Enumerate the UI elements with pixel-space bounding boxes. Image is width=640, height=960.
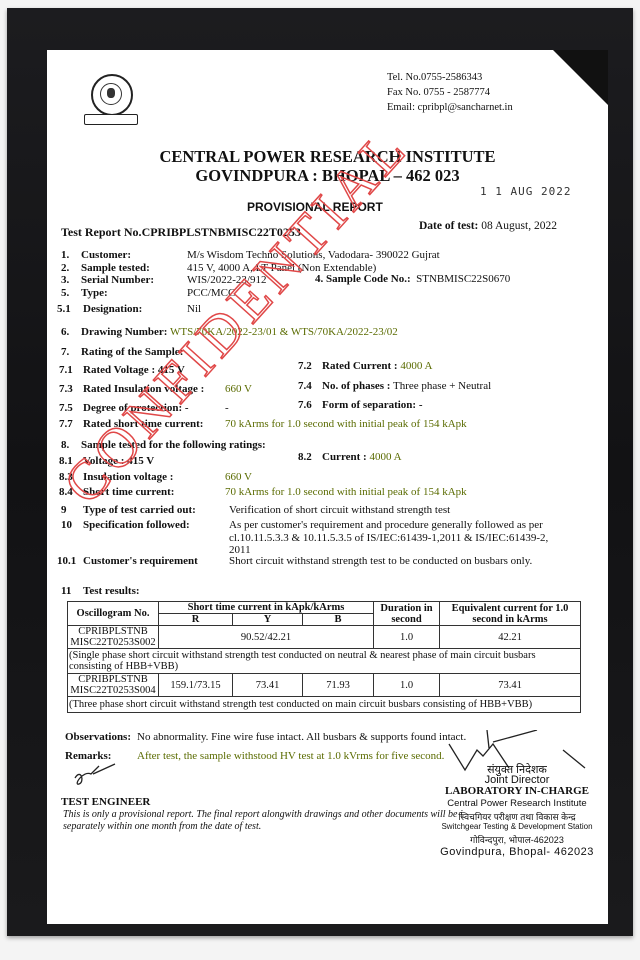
- col-short-time-current: Short time current in kApk/kArms: [159, 602, 374, 614]
- table-row: CPRIBPLSTNBMISC22T0253S004 159.1/73.15 7…: [68, 674, 581, 697]
- test-engineer-label: TEST ENGINEER: [61, 796, 150, 808]
- cpri-logo-icon: [91, 74, 133, 116]
- customer-requirement: 10.1Customer's requirementShort circuit …: [57, 555, 532, 567]
- specification-followed: 10Specification followed:As per customer…: [61, 519, 548, 557]
- institute-name: CENTRAL POWER RESEARCH INSTITUTE: [47, 147, 608, 167]
- duration-cell: 1.0: [374, 626, 440, 649]
- table-row: CPRIBPLSTNBMISC22T0253S002 90.52/42.21 1…: [68, 626, 581, 649]
- table-note-row: (Three phase short circuit withstand str…: [68, 697, 581, 713]
- disclaimer-line-2: separately within one month from the dat…: [63, 821, 261, 833]
- r-cell: 159.1/73.15: [159, 674, 233, 697]
- disclaimer-line-1: This is only a provisional report. The f…: [63, 809, 463, 821]
- equivalent-cell: 73.41: [440, 674, 581, 697]
- y-cell: 73.41: [233, 674, 303, 697]
- seal-line: Govindpura, Bhopal- 462023: [437, 846, 597, 858]
- equivalent-cell: 42.21: [440, 626, 581, 649]
- sample-code: 4. Sample Code No.: STNBMISC22S0670: [315, 273, 510, 285]
- duration-cell: 1.0: [374, 674, 440, 697]
- col-y: Y: [233, 614, 303, 626]
- picture-frame: Tel. No.0755-2586343 Fax No. 0755 - 2587…: [7, 8, 633, 936]
- col-equivalent-current: Equivalent current for 1.0 second in kAr…: [440, 602, 581, 626]
- fax-number: Fax No. 0755 - 2587774: [387, 85, 513, 100]
- lab-incharge-label: LABORATORY IN-CHARGE: [437, 785, 597, 797]
- rating-7-6: 7.6Form of separation: -: [298, 399, 423, 411]
- remarks: Remarks:After test, the sample withstood…: [65, 750, 444, 762]
- col-r: R: [159, 614, 233, 626]
- frame-corner-fold: [553, 50, 608, 105]
- test-results-table: Oscillogram No. Short time current in kA…: [67, 601, 581, 713]
- rating-7-2: 7.2Rated Current : 4000 A: [298, 360, 432, 372]
- short-time-merged-cell: 90.52/42.21: [159, 626, 374, 649]
- seal-line: गोविन्दपुरा, भोपाल-462023: [437, 833, 597, 846]
- seal-line: Central Power Research Institute: [437, 798, 597, 809]
- col-duration: Duration in second: [374, 602, 440, 626]
- rating-7-4: 7.4No. of phases : Three phase + Neutral: [298, 380, 491, 392]
- report-page: Tel. No.0755-2586343 Fax No. 0755 - 2587…: [47, 50, 608, 924]
- oscillogram-cell: CPRIBPLSTNBMISC22T0253S002: [68, 626, 159, 649]
- observations: Observations:No abnormality. Fine wire f…: [65, 731, 466, 743]
- b-cell: 71.93: [303, 674, 374, 697]
- date-of-test: Date of test: 08 August, 2022: [419, 220, 557, 232]
- received-date-stamp: 1 1 AUG 2022: [480, 185, 571, 198]
- tel-number: Tel. No.0755-2586343: [387, 70, 513, 85]
- table-header-row: Oscillogram No. Short time current in kA…: [68, 602, 581, 614]
- col-oscillogram: Oscillogram No.: [68, 602, 159, 626]
- tested-8-2: 8.2Current : 4000 A: [298, 451, 402, 463]
- test-type: 9Type of test carried out:Verification o…: [61, 504, 450, 516]
- col-b: B: [303, 614, 374, 626]
- email: Email: cpribpl@sancharnet.in: [387, 100, 513, 115]
- results-heading: 11Test results:: [61, 585, 140, 597]
- seal-line: Switchgear Testing & Development Station: [437, 822, 597, 831]
- contact-block: Tel. No.0755-2586343 Fax No. 0755 - 2587…: [387, 70, 513, 115]
- table-note-row: (Single phase short circuit withstand st…: [68, 649, 581, 674]
- logo-ribbon-icon: [84, 114, 138, 125]
- oscillogram-cell: CPRIBPLSTNBMISC22T0253S004: [68, 674, 159, 697]
- engineer-signature-icon: [71, 760, 121, 790]
